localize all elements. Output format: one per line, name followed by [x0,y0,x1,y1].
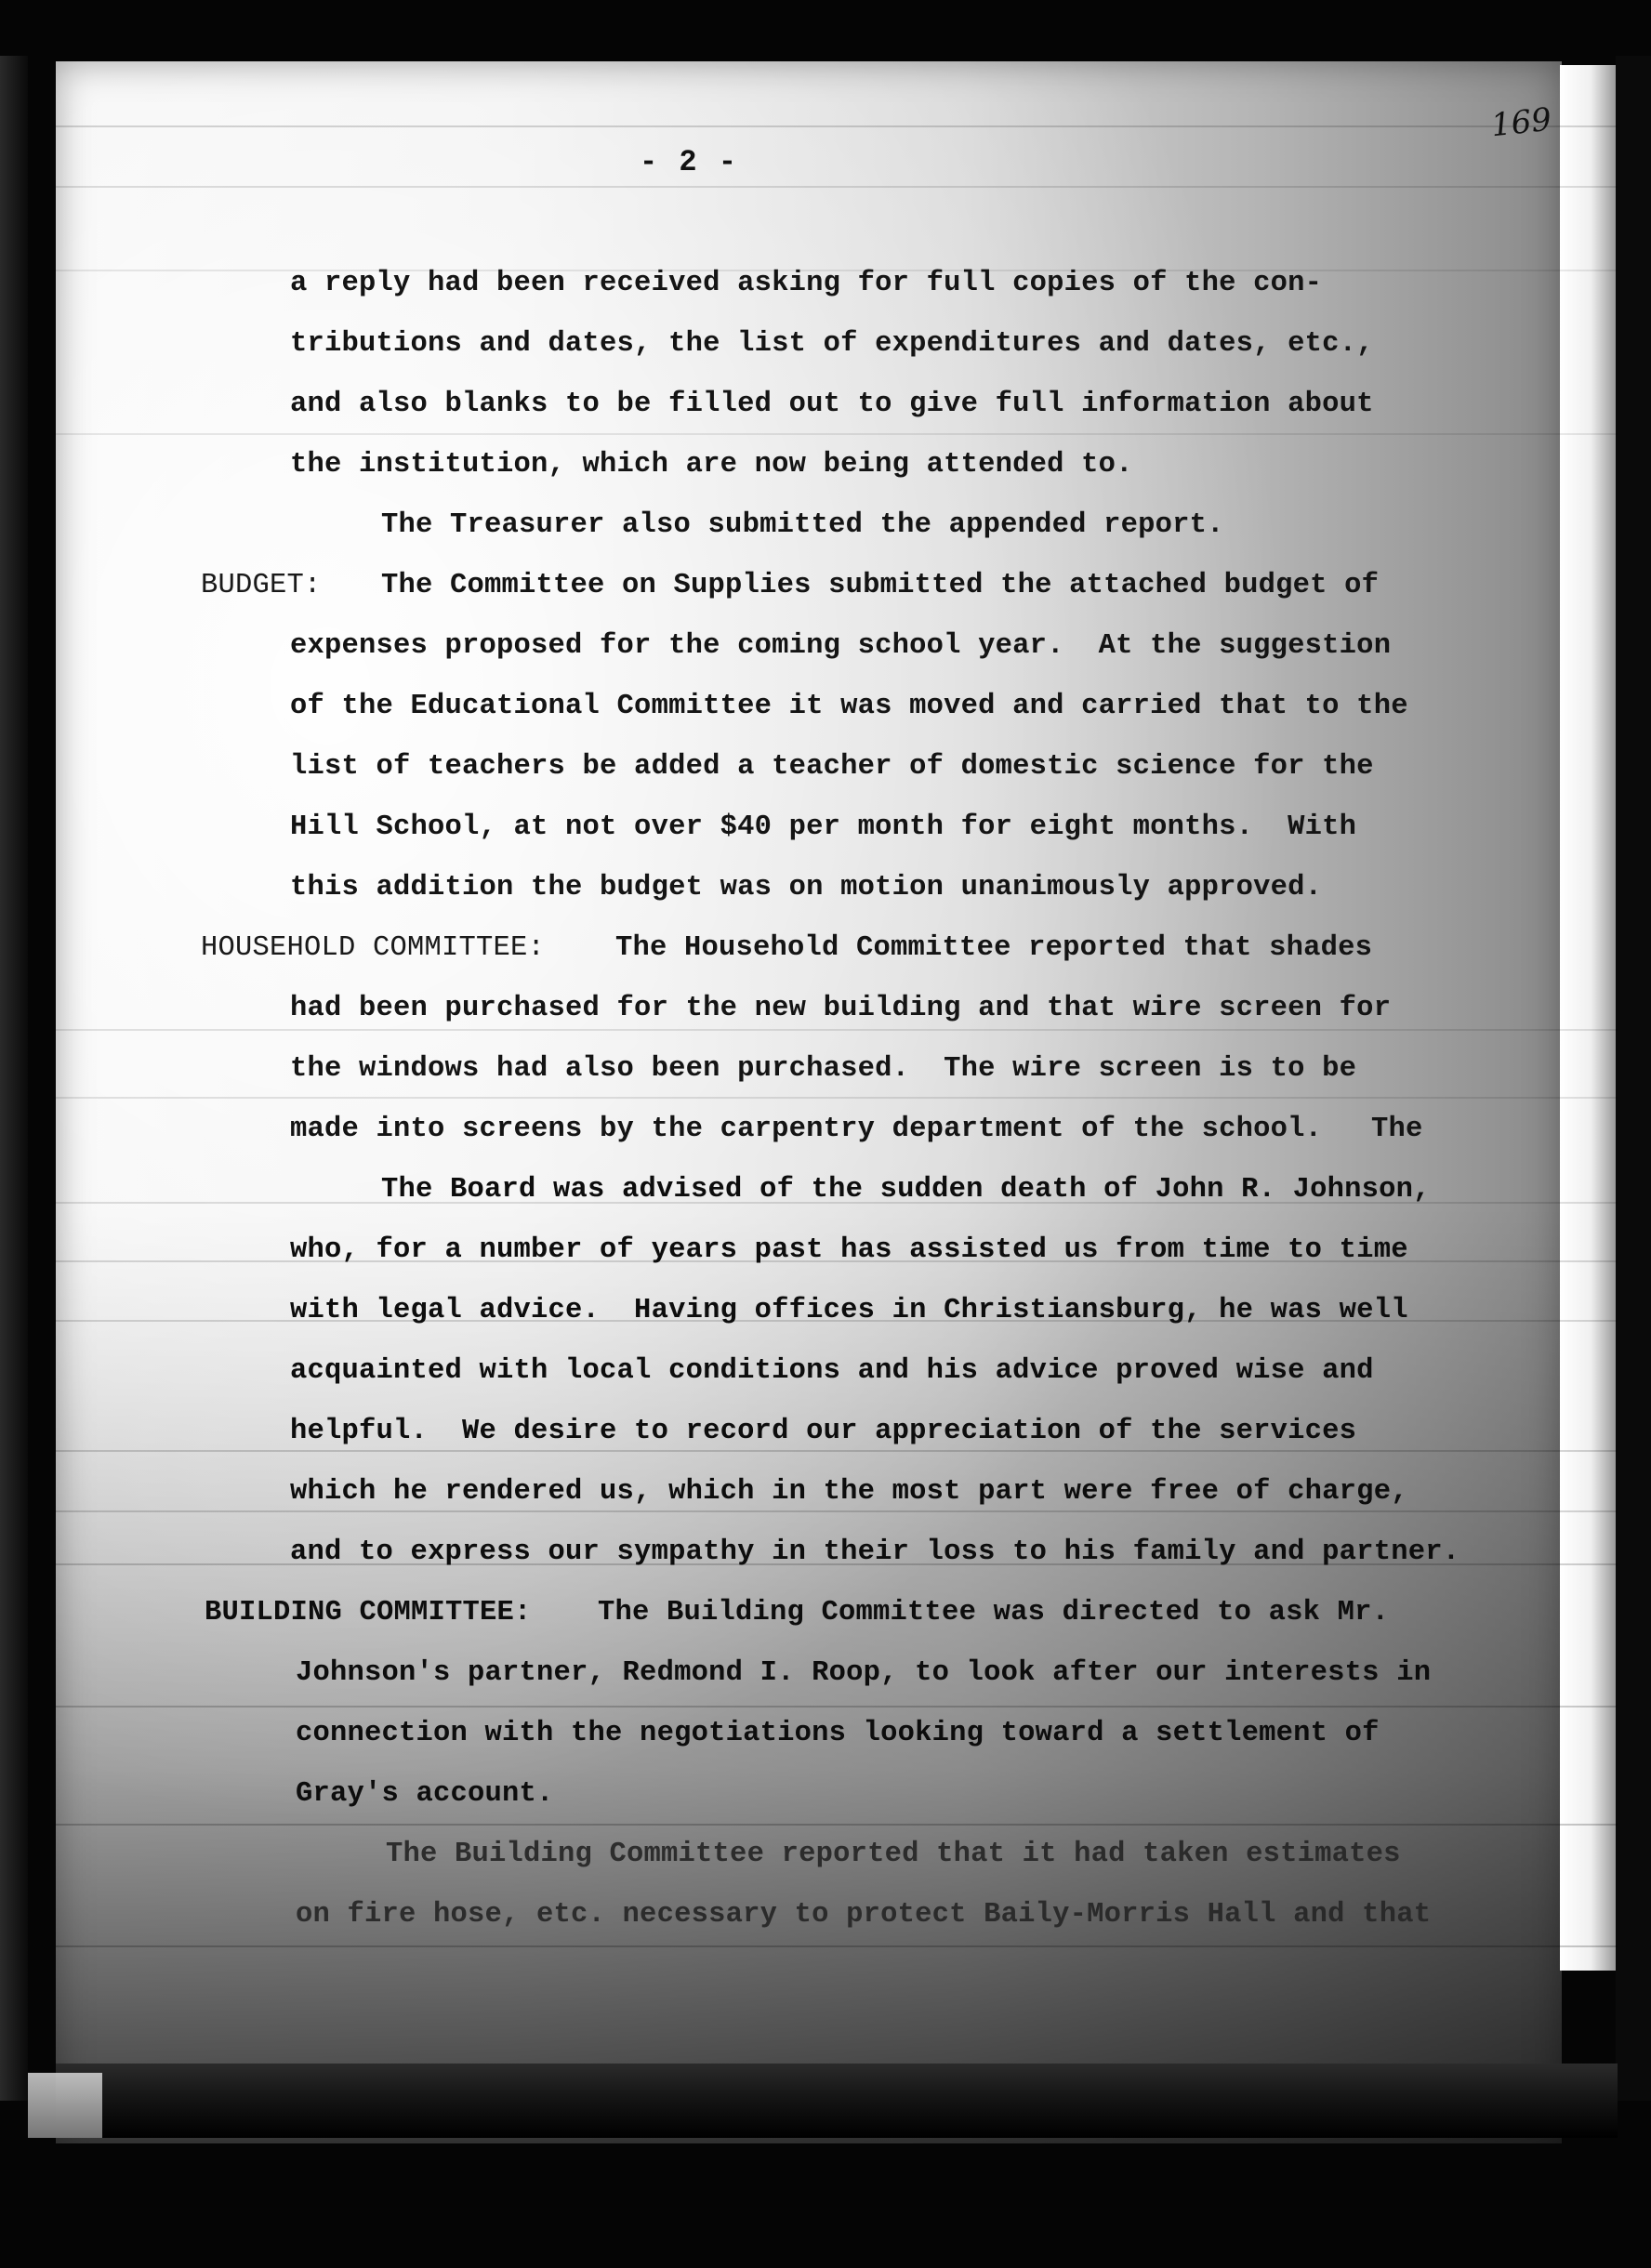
section-label-household-committee: HOUSEHOLD COMMITTEE: [201,934,545,963]
text-line: The Treasurer also submitted the appende… [381,511,1224,540]
text-line: list of teachers be added a teacher of d… [290,753,1374,782]
text-line: had been purchased for the new building … [290,995,1391,1023]
text-line: this addition the budget was on motion u… [290,874,1322,903]
text-line: and also blanks to be filled out to give… [290,390,1374,419]
text-line: The Board was advised of the sudden deat… [381,1176,1431,1205]
text-line: helpful. We desire to record our appreci… [290,1417,1356,1446]
text-line: Gray's account. [296,1780,554,1809]
text-line: which he rendered us, which in the most … [290,1478,1408,1507]
text-line: connection with the negotiations looking… [296,1720,1380,1748]
text-line: expenses proposed for the coming school … [290,632,1391,661]
text-line: tributions and dates, the list of expend… [290,330,1374,359]
text-line: on fire hose, etc. necessary to protect … [296,1901,1431,1930]
trailing-fragment: The [1371,1115,1423,1144]
text-line: Hill School, at not over $40 per month f… [290,813,1356,842]
text-line: the windows had also been purchased. The… [290,1055,1356,1084]
section-label-budget: BUDGET: [201,572,322,600]
section-label-building-committee: BUILDING COMMITTEE: [205,1599,532,1628]
text-line: with legal advice. Having offices in Chr… [290,1297,1408,1325]
text-line: of the Educational Committee it was move… [290,692,1408,721]
text-line: acquainted with local conditions and his… [290,1357,1374,1386]
text-line: Johnson's partner, Redmond I. Roop, to l… [296,1659,1431,1688]
text-line: and to express our sympathy in their los… [290,1538,1459,1567]
text-line: the institution, which are now being att… [290,451,1133,480]
text-line: The Committee on Supplies submitted the … [381,572,1379,600]
text-line: The Building Committee was directed to a… [598,1599,1389,1628]
text-line: who, for a number of years past has assi… [290,1236,1408,1265]
text-line: The Household Committee reported that sh… [615,934,1372,963]
text-line: a reply had been received asking for ful… [290,270,1322,298]
document-body: a reply had been received asking for ful… [0,0,1651,2268]
text-line: made into screens by the carpentry depar… [290,1115,1322,1144]
text-line: The Building Committee reported that it … [386,1840,1401,1869]
